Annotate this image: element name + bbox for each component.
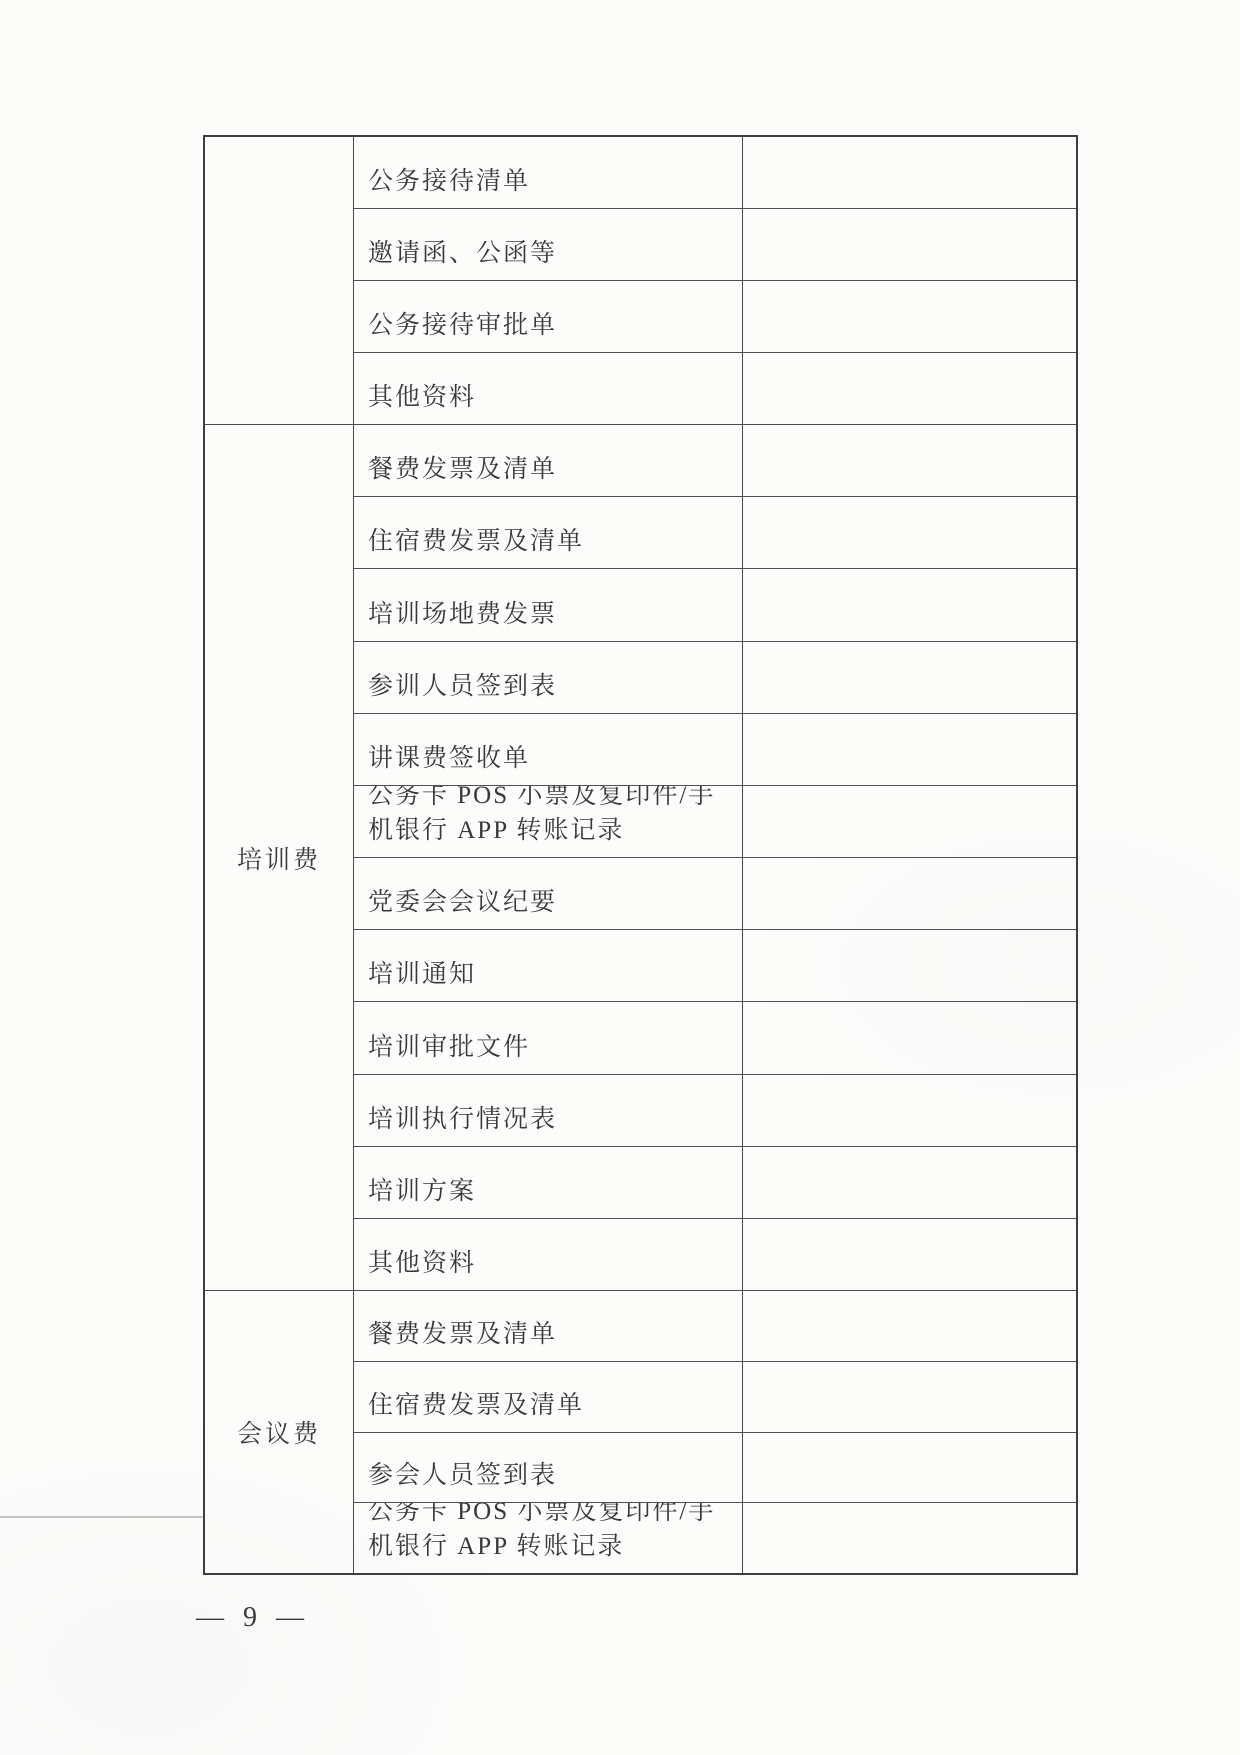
page-number: — 9 — (196, 1602, 305, 1634)
document-item-text: 公务接待审批单 (368, 308, 557, 343)
note-cell (743, 137, 1076, 208)
document-item-text: 参训人员签到表 (368, 669, 557, 704)
document-item-text: 邀请函、公函等 (368, 236, 557, 271)
document-item-cell: 公务卡 POS 小票及复印件/手机银行 APP 转账记录 (354, 786, 743, 857)
document-item-cell: 培训审批文件 (354, 1002, 743, 1073)
document-item-cell: 党委会会议纪要 (354, 858, 743, 929)
category-cell: 培训费 (205, 425, 354, 1290)
category-cell: 会议费 (205, 1291, 354, 1573)
document-item-text: 培训方案 (368, 1174, 476, 1209)
document-item-cell: 培训场地费发票 (354, 569, 743, 640)
document-item-text: 培训审批文件 (368, 1030, 530, 1065)
note-cell (743, 930, 1076, 1001)
table-section: 公务接待清单邀请函、公函等公务接待审批单其他资料 (205, 137, 1076, 424)
document-item-text: 其他资料 (368, 380, 476, 415)
scan-artifact-line (0, 1516, 204, 1518)
table-row: 其他资料 (354, 352, 1076, 424)
document-item-text: 住宿费发票及清单 (368, 1388, 584, 1423)
table-row: 住宿费发票及清单 (354, 1361, 1076, 1432)
document-item-cell: 公务卡 POS 小票及复印件/手机银行 APP 转账记录 (354, 1503, 743, 1573)
note-cell (743, 497, 1076, 568)
table-row: 培训通知 (354, 929, 1076, 1001)
section-rows: 餐费发票及清单住宿费发票及清单培训场地费发票参训人员签到表讲课费签收单公务卡 P… (354, 425, 1076, 1290)
table-row: 公务接待审批单 (354, 280, 1076, 352)
document-item-cell: 培训方案 (354, 1147, 743, 1218)
note-cell (743, 425, 1076, 496)
table-row: 培训执行情况表 (354, 1074, 1076, 1146)
document-item-cell: 住宿费发票及清单 (354, 1362, 743, 1432)
document-item-text: 党委会会议纪要 (368, 885, 557, 920)
table-section: 培训费餐费发票及清单住宿费发票及清单培训场地费发票参训人员签到表讲课费签收单公务… (205, 424, 1076, 1290)
note-cell (743, 642, 1076, 713)
document-item-text: 培训场地费发票 (368, 597, 557, 632)
document-item-text: 公务卡 POS 小票及复印件/手机银行 APP 转账记录 (368, 1503, 730, 1564)
document-item-cell: 其他资料 (354, 1219, 743, 1290)
table-row: 党委会会议纪要 (354, 857, 1076, 929)
scanned-document-page: 公务接待清单邀请函、公函等公务接待审批单其他资料培训费餐费发票及清单住宿费发票及… (0, 0, 1240, 1755)
document-item-cell: 参训人员签到表 (354, 642, 743, 713)
document-item-text: 培训执行情况表 (368, 1102, 557, 1137)
note-cell (743, 1362, 1076, 1432)
section-rows: 公务接待清单邀请函、公函等公务接待审批单其他资料 (354, 137, 1076, 424)
table-row: 邀请函、公函等 (354, 208, 1076, 280)
note-cell (743, 714, 1076, 785)
document-item-text: 公务接待清单 (368, 164, 530, 199)
document-item-cell: 讲课费签收单 (354, 714, 743, 785)
note-cell (743, 1433, 1076, 1503)
document-item-text: 住宿费发票及清单 (368, 524, 584, 559)
document-item-text: 其他资料 (368, 1246, 476, 1281)
table-row: 公务卡 POS 小票及复印件/手机银行 APP 转账记录 (354, 1502, 1076, 1573)
table-row: 餐费发票及清单 (354, 425, 1076, 496)
document-item-cell: 公务接待审批单 (354, 281, 743, 352)
document-item-cell: 邀请函、公函等 (354, 209, 743, 280)
table-section: 会议费餐费发票及清单住宿费发票及清单参会人员签到表公务卡 POS 小票及复印件/… (205, 1290, 1076, 1573)
note-cell (743, 858, 1076, 929)
document-item-cell: 公务接待清单 (354, 137, 743, 208)
note-cell (743, 1503, 1076, 1573)
note-cell (743, 1002, 1076, 1073)
note-cell (743, 1147, 1076, 1218)
note-cell (743, 786, 1076, 857)
table-row: 公务接待清单 (354, 137, 1076, 208)
document-item-cell: 其他资料 (354, 353, 743, 424)
expense-documents-table: 公务接待清单邀请函、公函等公务接待审批单其他资料培训费餐费发票及清单住宿费发票及… (203, 135, 1078, 1575)
table-row: 培训审批文件 (354, 1001, 1076, 1073)
note-cell (743, 353, 1076, 424)
note-cell (743, 1291, 1076, 1361)
note-cell (743, 281, 1076, 352)
note-cell (743, 1219, 1076, 1290)
section-rows: 餐费发票及清单住宿费发票及清单参会人员签到表公务卡 POS 小票及复印件/手机银… (354, 1291, 1076, 1573)
category-cell (205, 137, 354, 424)
document-item-text: 培训通知 (368, 957, 476, 992)
document-item-text: 公务卡 POS 小票及复印件/手机银行 APP 转账记录 (368, 786, 730, 848)
document-item-text: 餐费发票及清单 (368, 1317, 557, 1352)
table-row: 公务卡 POS 小票及复印件/手机银行 APP 转账记录 (354, 785, 1076, 857)
document-item-cell: 餐费发票及清单 (354, 1291, 743, 1361)
document-item-cell: 参会人员签到表 (354, 1433, 743, 1503)
table-row: 住宿费发票及清单 (354, 496, 1076, 568)
document-item-cell: 餐费发票及清单 (354, 425, 743, 496)
note-cell (743, 1075, 1076, 1146)
table-row: 其他资料 (354, 1218, 1076, 1290)
table-row: 培训方案 (354, 1146, 1076, 1218)
document-item-text: 参会人员签到表 (368, 1458, 557, 1493)
document-item-cell: 住宿费发票及清单 (354, 497, 743, 568)
document-item-cell: 培训执行情况表 (354, 1075, 743, 1146)
table-row: 参训人员签到表 (354, 641, 1076, 713)
document-item-text: 讲课费签收单 (368, 741, 530, 776)
table-row: 讲课费签收单 (354, 713, 1076, 785)
document-item-text: 餐费发票及清单 (368, 452, 557, 487)
table-row: 餐费发票及清单 (354, 1291, 1076, 1361)
document-item-cell: 培训通知 (354, 930, 743, 1001)
table-row: 参会人员签到表 (354, 1432, 1076, 1503)
note-cell (743, 209, 1076, 280)
table-row: 培训场地费发票 (354, 568, 1076, 640)
note-cell (743, 569, 1076, 640)
